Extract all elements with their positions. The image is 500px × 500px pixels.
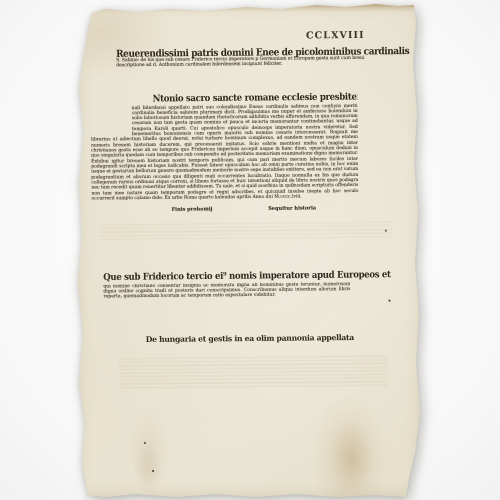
paper-speck [388,300,390,302]
frederick-section: Que sub Friderico tercio ei⁹ nomis imper… [103,270,350,301]
printed-content: CCLXVIII Reuerendissimi patris domini En… [74,1,425,498]
header-subtitle-line2: descriptione ad d. Anthonium cardinalem … [116,62,354,69]
prologue-block: Ntonio sacro sancte romane ecclesie pres… [91,92,359,207]
prologue-paragraph: nali bilerdensi appellato patri suo cole… [91,103,359,201]
paper-stain-bottom-left [133,444,163,494]
prologue-body-text: nali bilerdensi appellato patri suo cole… [91,103,359,201]
finis-prohemii-label: Finis prohemij [172,206,213,212]
paper-speck [152,470,154,472]
incunable-leaf: CCLXVIII Reuerendissimi patris domini En… [76,3,422,497]
hungary-section-title: De hungaria et gestis in ea olim pannoni… [77,332,423,344]
showthrough-block-upper [100,222,392,242]
paper-speck [385,230,387,232]
frederick-section-body: qui nomine christiano censentur insignia… [103,282,350,301]
header-title: Reuerendissimi patris domini Enee de pic… [116,47,354,60]
sequitur-historia-label: Sequitur historia [268,205,316,211]
paper-stain-bottom [330,420,375,498]
showthrough-block-lower [119,356,387,390]
chapter-header: Reuerendissimi patris domini Enee de pic… [116,47,354,69]
prologue-captions: Finis prohemij Sequitur historia [92,205,359,214]
paper-speck [144,442,146,444]
prologue-opening-line: Ntonio sacro sancte romane ecclesie pres… [152,92,357,105]
leaf-shadow: CCLXVIII Reuerendissimi patris domini En… [76,3,422,497]
indent-spacer [91,106,132,137]
folio-number: CCLXVIII [306,30,365,42]
photo-background: CCLXVIII Reuerendissimi patris domini En… [0,0,500,500]
